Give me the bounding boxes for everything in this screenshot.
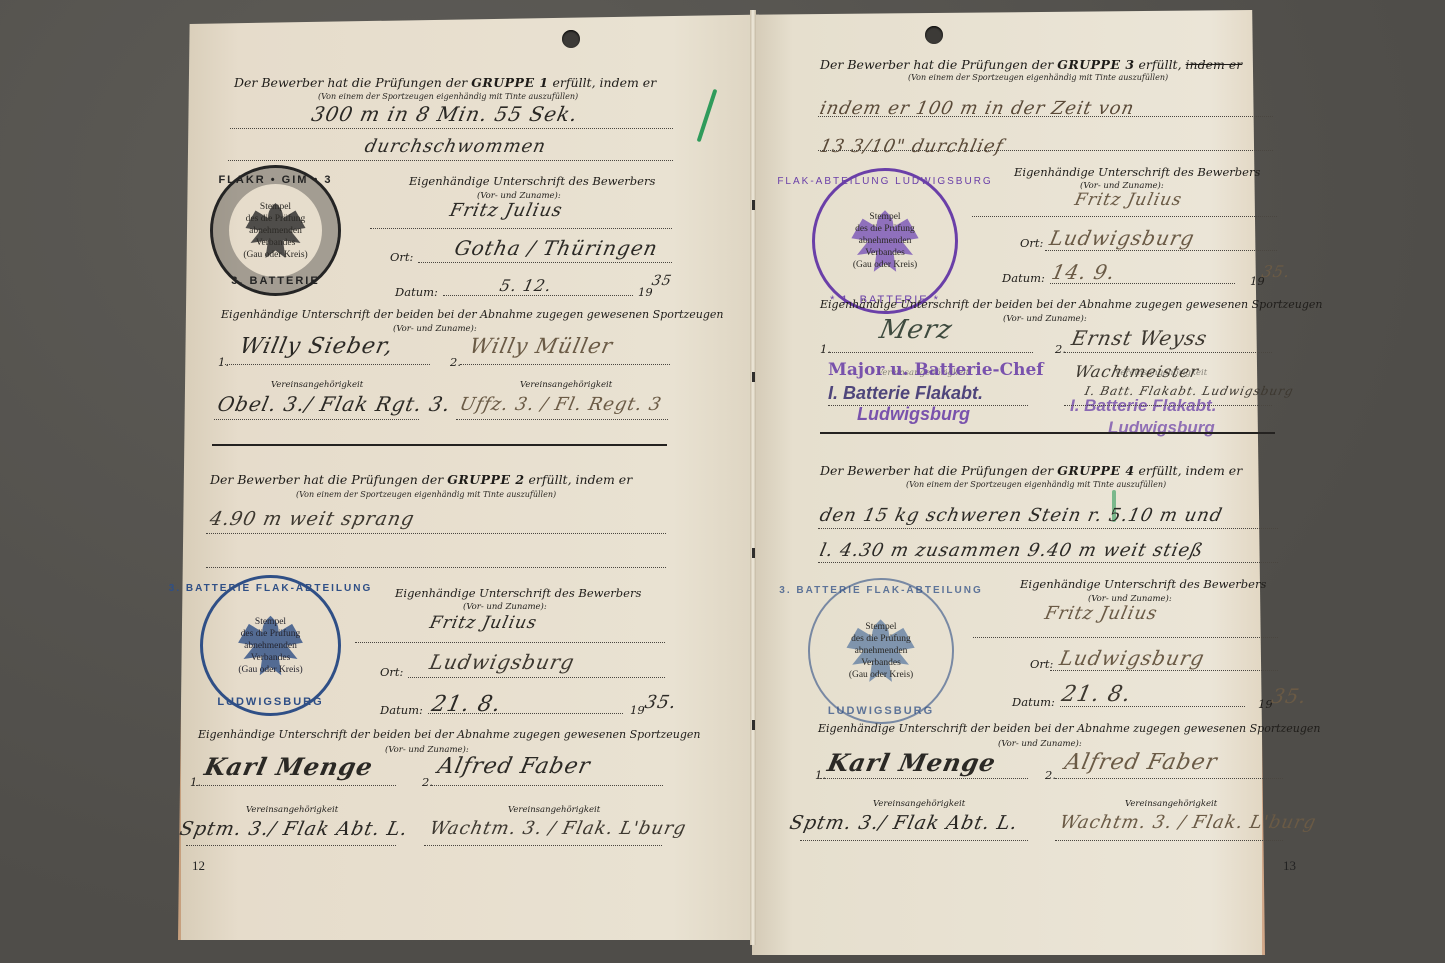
dotted-line <box>1045 250 1277 251</box>
official-stamp: 3. BATTERIE FLAK-ABTEILUNG Stempel des d… <box>808 578 954 724</box>
binding-stitch <box>752 720 755 730</box>
group-label: GRUPPE 4 <box>1057 463 1134 478</box>
place-value: Ludwigsburg <box>427 650 577 674</box>
dotted-line <box>355 642 665 643</box>
stamp-ring-top: 3. BATTERIE FLAK-ABTEILUNG <box>779 585 982 596</box>
dotted-line <box>1055 778 1283 779</box>
group1-instruction: (Von einem der Sportzeugen eigenhändig m… <box>318 92 578 101</box>
group4-result-line1: den 15 kg schweren Stein r. 5.10 m und <box>818 505 1225 526</box>
affiliation-label: Vereinsangehörigkeit <box>271 380 363 390</box>
stamp-ring-bottom: LUDWIGSBURG <box>828 705 934 717</box>
witness-number: 1. <box>820 342 831 356</box>
affiliation-label: Vereinsangehörigkeit <box>520 380 612 390</box>
stamp-ring-top: FLAK-ABTEILUNG LUDWIGSBURG <box>777 176 992 187</box>
dotted-line <box>820 778 1028 779</box>
dotted-line <box>230 128 673 129</box>
witnesses-name-label: (Vor- und Zuname): <box>1003 314 1087 324</box>
witness2-signature: Ernst Weyss <box>1069 326 1209 350</box>
official-stamp: FLAK-ABTEILUNG LUDWIGSBURG Stempel des d… <box>812 168 958 314</box>
book-spine <box>750 10 756 945</box>
witness-number: 1. <box>190 775 201 789</box>
group3-result-line2: 13 3/10" durchlief <box>818 136 1006 157</box>
affiliation-label: Vereinsangehörigkeit <box>508 805 600 815</box>
year-suffix: 35. <box>1269 684 1309 708</box>
stamp-inner-text: Stempel des die Prüfung abnehmenden Verb… <box>853 211 917 271</box>
binding-stitch <box>752 548 755 558</box>
group4-result-line2: l. 4.30 m zusammen 9.40 m weit stieß <box>818 540 1206 561</box>
binding-stitch <box>752 200 755 210</box>
group4-heading: Der Bewerber hat die Prüfungen der GRUPP… <box>820 463 1242 478</box>
witness-number: 1. <box>218 355 229 369</box>
witnesses-label: Eigenhändige Unterschrift der beiden bei… <box>818 722 1321 735</box>
stamp-ring-top: 3. BATTERIE FLAK-ABTEILUNG <box>169 583 372 594</box>
witnesses-name-label: (Vor- und Zuname): <box>998 739 1082 749</box>
dotted-line <box>800 840 1028 841</box>
dotted-line <box>460 364 670 365</box>
dotted-line <box>228 160 673 161</box>
witness2-signature: Alfred Faber <box>435 754 593 779</box>
dotted-line <box>1055 840 1283 841</box>
witness1-affiliation: Sptm. 3./ Flak Abt. L. <box>788 812 1021 834</box>
affiliation-label: Vereinsangehörigkeit <box>873 799 965 809</box>
dotted-line <box>456 419 668 420</box>
year-suffix: 35. <box>1260 262 1292 281</box>
date-label: Datum: <box>380 703 423 717</box>
dotted-line <box>828 405 1028 406</box>
punch-hole-right <box>925 26 943 44</box>
date-label: Datum: <box>1002 271 1045 285</box>
page-number-right: 13 <box>1283 858 1296 874</box>
dotted-line <box>186 845 396 846</box>
applicant-signature-label: Eigenhändige Unterschrift des Bewerbers <box>409 174 655 188</box>
witness1-signature: Karl Menge <box>825 748 999 777</box>
witness1-signature: Merz <box>877 315 956 345</box>
stamp-ring-top: FLAKR • GIM • 3 <box>218 174 332 186</box>
group1-result-line2: durchschwommen <box>363 136 548 157</box>
stamp-inner-text: Stempel des die Prüfung abnehmenden Verb… <box>849 621 913 681</box>
dotted-line <box>418 262 672 263</box>
group-label: GRUPPE 2 <box>447 472 524 487</box>
affiliation-label: Vereinsangehörigkeit <box>246 805 338 815</box>
witness2-affiliation: Uffz. 3. / Fl. Regt. 3 <box>458 394 664 415</box>
date-label: Datum: <box>395 285 438 299</box>
dotted-line <box>828 352 1033 353</box>
applicant-signature-label: Eigenhändige Unterschrift des Bewerbers <box>1014 165 1260 179</box>
dotted-line <box>443 295 633 296</box>
group3-instruction: (Von einem der Sportzeugen eigenhändig m… <box>908 73 1168 82</box>
dotted-line <box>1060 706 1245 707</box>
witness2-affiliation: Wachtm. 3. / Flak. L'burg <box>1058 812 1319 833</box>
date-value: 5. 12. <box>498 276 554 295</box>
group2-result-line1: 4.90 m weit sprang <box>208 508 417 530</box>
group3-heading: Der Bewerber hat die Prüfungen der GRUPP… <box>820 57 1242 72</box>
witness-number: 2. <box>1045 768 1056 782</box>
date-value: 14. 9. <box>1049 260 1117 284</box>
punch-hole-left <box>562 30 580 48</box>
dotted-line <box>424 845 662 846</box>
dotted-line <box>225 364 430 365</box>
dotted-line <box>818 562 1278 563</box>
applicant-signature: Fritz Julius <box>448 200 565 221</box>
witnesses-label: Eigenhändige Unterschrift der beiden bei… <box>221 308 724 321</box>
affiliation-label: Vereinsangehörigkeit <box>1125 799 1217 809</box>
date-value: 21. 8. <box>1059 682 1133 707</box>
witness1-affiliation: Sptm. 3./ Flak Abt. L. <box>178 818 411 840</box>
official-stamp: FLAKR • GIM • 3 Stempel des die Prüfung … <box>210 165 341 296</box>
name-label: (Vor- und Zuname): <box>463 602 547 612</box>
year-suffix: 35. <box>643 692 679 713</box>
dotted-line <box>818 116 1273 117</box>
witness2-signature: Willy Müller <box>467 334 615 358</box>
witnesses-label: Eigenhändige Unterschrift der beiden bei… <box>198 728 701 741</box>
dotted-line <box>818 528 1278 529</box>
dotted-line <box>972 216 1277 217</box>
section-divider <box>820 432 1275 434</box>
year-suffix: 35 <box>650 273 673 289</box>
group-label: GRUPPE 1 <box>471 75 548 90</box>
witness2-affiliation-line1: Wachtmeister <box>1073 362 1201 381</box>
witness2-signature: Alfred Faber <box>1062 750 1220 775</box>
applicant-signature-label: Eigenhändige Unterschrift des Bewerbers <box>1020 577 1266 591</box>
place-label: Ort: <box>1020 236 1043 250</box>
place-value: Ludwigsburg <box>1047 226 1197 250</box>
binding-stitch <box>752 372 755 382</box>
place-label: Ort: <box>380 665 403 679</box>
witness2-affiliation: Wachtm. 3. / Flak. L'burg <box>428 818 689 839</box>
page-number-left: 12 <box>192 858 205 874</box>
group1-result-line1: 300 m in 8 Min. 55 Sek. <box>309 102 580 126</box>
stamp-ring-bottom: LUDWIGSBURG <box>217 696 323 708</box>
dotted-line <box>214 419 419 420</box>
stamp-inner-text: Stempel des die Prüfung abnehmenden Verb… <box>243 201 307 261</box>
official-stamp: 3. BATTERIE FLAK-ABTEILUNG Stempel des d… <box>200 575 341 716</box>
struck-text: indem er <box>1186 57 1243 72</box>
dotted-line <box>1064 405 1272 406</box>
applicant-signature: Fritz Julius <box>1043 603 1160 624</box>
witnesses-name-label: (Vor- und Zuname): <box>393 324 477 334</box>
group4-instruction: (Von einem der Sportzeugen eigenhändig m… <box>906 480 1166 489</box>
group1-heading: Der Bewerber hat die Prüfungen der GRUPP… <box>234 75 656 90</box>
place-value: Ludwigsburg <box>1057 646 1207 670</box>
applicant-signature: Fritz Julius <box>428 613 539 633</box>
dotted-line <box>1050 283 1235 284</box>
stamp-ring-bottom: 3. BATTERIE <box>231 275 319 287</box>
place-label: Ort: <box>1030 657 1053 671</box>
applicant-signature: Fritz Julius <box>1073 190 1184 210</box>
dotted-line <box>1064 352 1272 353</box>
dotted-line <box>973 637 1278 638</box>
dotted-line <box>370 228 672 229</box>
witness-number: 2. <box>450 355 461 369</box>
place-label: Ort: <box>390 250 413 264</box>
dotted-line <box>428 713 623 714</box>
witness1-signature: Willy Sieber, <box>237 334 395 359</box>
dotted-line <box>430 785 663 786</box>
group2-instruction: (Von einem der Sportzeugen eigenhändig m… <box>296 490 556 499</box>
dotted-line <box>1050 670 1278 671</box>
open-booklet: Der Bewerber hat die Prüfungen der GRUPP… <box>0 0 1445 963</box>
dotted-line <box>196 785 396 786</box>
witnesses-label: Eigenhändige Unterschrift der beiden bei… <box>820 298 1323 311</box>
dotted-line <box>206 567 666 568</box>
dotted-line <box>818 150 1273 151</box>
section-divider <box>212 444 667 446</box>
place-value: Gotha / Thüringen <box>452 236 660 260</box>
witness-number: 2. <box>422 775 433 789</box>
dotted-line <box>206 533 666 534</box>
date-label: Datum: <box>1012 695 1055 709</box>
witness-number: 2. <box>1055 342 1066 356</box>
stamp-inner-text: Stempel des die Prüfung abnehmenden Verb… <box>238 616 302 676</box>
dotted-line <box>408 677 665 678</box>
witness1-signature: Karl Menge <box>202 752 376 781</box>
applicant-signature-label: Eigenhändige Unterschrift des Bewerbers <box>395 586 641 600</box>
group-label: GRUPPE 3 <box>1057 57 1134 72</box>
group2-heading: Der Bewerber hat die Prüfungen der GRUPP… <box>210 472 632 487</box>
witness1-affiliation: Obel. 3./ Flak Rgt. 3. <box>215 392 453 416</box>
